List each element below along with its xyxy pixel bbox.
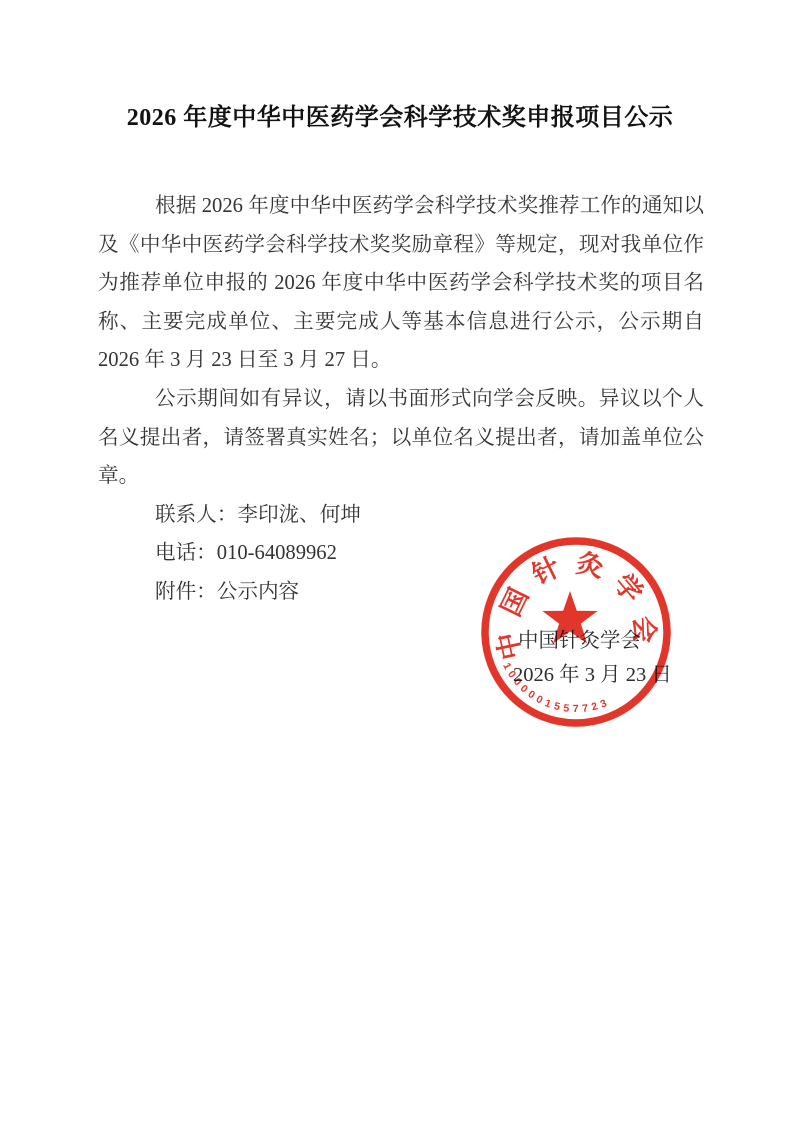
document-body: 根据 2026 年度中华中医药学会科学技术奖推荐工作的通知以及《中华中医药学会科… <box>98 187 704 612</box>
signature-org: 中国针灸学会 <box>513 624 672 658</box>
signature-block: 中国针灸学会 2026 年 3 月 23 日 <box>513 624 672 692</box>
contact-line-phone: 电话：010-64089962 <box>98 534 704 573</box>
body-paragraph: 根据 2026 年度中华中医药学会科学技术奖推荐工作的通知以及《中华中医药学会科… <box>98 187 704 380</box>
contact-line-person: 联系人：李印泷、何坤 <box>98 496 704 535</box>
document-page: 2026 年度中华中医药学会科学技术奖申报项目公示 根据 2026 年度中华中医… <box>0 0 800 1131</box>
contact-line-attachment: 附件：公示内容 <box>98 573 704 612</box>
signature-date: 2026 年 3 月 23 日 <box>513 658 672 692</box>
body-paragraph: 公示期间如有异议，请以书面形式向学会反映。异议以个人名义提出者，请签署真实姓名；… <box>98 380 704 496</box>
page-title: 2026 年度中华中医药学会科学技术奖申报项目公示 <box>98 103 702 133</box>
